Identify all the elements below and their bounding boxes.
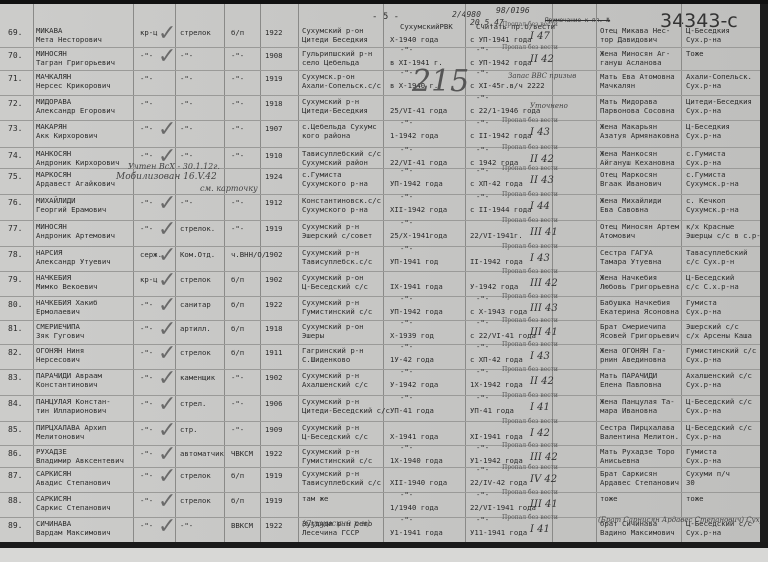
checkmark-icon: ✓ <box>158 319 176 341</box>
surname-cell: ПИРЦХАЛАВА Архип <box>36 423 106 432</box>
rank-cell: -"- <box>140 74 153 83</box>
address-cell: с/с С.х.р-на <box>686 282 739 291</box>
table-row: 87.САРКИСЯНАвадис Степанович-"-стрелокб/… <box>0 467 760 493</box>
surname-cell: МАРКОСЯН <box>36 170 71 179</box>
roman-numeral-mark: I 41 <box>530 524 550 535</box>
relative-cell: Азатуя Армянаковна <box>600 131 679 140</box>
missing-since-cell: с XП-42 года <box>470 355 523 364</box>
draft-info-cell: 1-1942 года <box>390 131 438 140</box>
given-name-cell: Авадис Степанович <box>36 478 111 487</box>
address-cell: Гумиста <box>686 447 717 456</box>
birthplace-cell: Сухумский р-н <box>302 469 359 478</box>
relative-cell: Атомович <box>600 231 635 240</box>
draft-info-cell: 25/X-1941года <box>390 231 447 240</box>
table-row: 83.ПАРАЧИДИ АвраамКонстантинович-"-камен… <box>0 369 760 396</box>
birthplace-cell: Сухумский р-он <box>302 273 364 282</box>
rank-cell: -"- <box>140 471 153 480</box>
draft-info-cell: УП-1942 года <box>390 179 443 188</box>
given-name-cell: тин Илларионович <box>36 406 106 415</box>
surname-cell: МАКАРЯН <box>36 122 67 131</box>
birth-year-cell: 1907 <box>265 124 283 133</box>
missing-in-action-label: Пропал без вести <box>502 317 558 324</box>
birthplace-cell: с.Цебельда Сухумс <box>302 122 377 131</box>
surname-cell: НАЧКЕБИЯ Хакиб <box>36 298 98 307</box>
relative-cell: Вадино Максимович <box>600 528 675 537</box>
position-cell: стрелок <box>180 348 211 357</box>
birthplace-cell: Ахали-Сопельск.с/с <box>302 81 381 90</box>
table-row: 85.ПИРЦХАЛАВА АрхипМелитонович-"-стр.-"-… <box>0 421 760 446</box>
address-cell: Сух.р-на <box>686 355 721 364</box>
draft-info-cell: -"- <box>400 218 413 227</box>
rank-cell: -"- <box>140 521 153 530</box>
address-cell: Ц-Беседкия <box>686 26 730 35</box>
birthplace-cell: Тависуплебский с/с <box>302 149 381 158</box>
handwritten-note-row88: (Брат Сарнисян Ардавес Степанович) Сухум… <box>598 516 760 524</box>
unit-cell: б/п <box>231 496 244 505</box>
birthplace-cell: Эшеры <box>302 331 324 340</box>
given-name-cell: Нерсес Крикорович <box>36 81 111 90</box>
missing-since-cell: -"- <box>476 68 489 77</box>
birthplace-cell: Цитеди Беседкия <box>302 35 368 44</box>
relative-cell: Сестра Пирцхалава <box>600 423 675 432</box>
checkmark-icon: ✓ <box>158 444 176 466</box>
rank-cell: -"- <box>140 348 153 357</box>
position-cell: -"- <box>180 198 193 207</box>
checkmark-icon: ✓ <box>158 23 176 45</box>
birthplace-cell: Ц-Беседский с/с <box>302 282 368 291</box>
relative-cell: Отец Маркосян <box>600 170 657 179</box>
table-row: 81.СМЕРИЕЧИПАЗяк Гугович-"-артилл.б/п191… <box>0 320 760 345</box>
draft-info-cell: -"- <box>400 45 413 54</box>
birthplace-cell: Гумистинский с/с <box>302 456 372 465</box>
address-cell: Сух.р-на <box>686 456 721 465</box>
unit-cell: б/п <box>231 28 244 37</box>
address-cell: с/с Сух.р-н <box>686 257 734 266</box>
address-cell: тоже <box>686 494 704 503</box>
address-cell: Ахалшенский с/с <box>686 371 752 380</box>
row-number-cell: 82. <box>8 348 22 357</box>
draft-info-cell: УП-1941 год <box>390 257 438 266</box>
position-cell: стрелок <box>180 275 211 284</box>
relative-cell: Айгануш Кехановна <box>600 158 675 167</box>
relative-cell: Жена Начкебия <box>600 273 657 282</box>
birthplace-cell: Цитеди-Беседский с/с <box>302 406 390 415</box>
rank-cell: -"- <box>140 399 153 408</box>
birthplace-cell: Сухумский р-н <box>302 298 359 307</box>
address-cell: Сух.р-на <box>686 81 721 90</box>
missing-since-cell: с УП-1942 года <box>470 58 532 67</box>
given-name-cell: Мелитонович <box>36 432 84 441</box>
missing-in-action-label: Пропал без вести <box>502 117 558 124</box>
row-number-cell: 86. <box>8 449 22 458</box>
address-cell: Сух.р-на <box>686 528 721 537</box>
draft-info-cell: У-1942 года <box>390 380 438 389</box>
rank-cell: -"- <box>140 151 153 160</box>
relative-cell: Жена Манкосян <box>600 149 657 158</box>
missing-in-action-label: Пропал без вести <box>502 392 558 399</box>
address-cell: Сух.р-на <box>686 106 721 115</box>
missing-in-action-label: Пропал без вести <box>502 21 558 28</box>
position-cell: -"- <box>180 521 193 530</box>
unit-cell: -"- <box>231 151 244 160</box>
row-number-cell: 84. <box>8 399 22 408</box>
birthplace-cell: Сухумский р-он <box>302 322 364 331</box>
relative-cell: Мать ПАРАЧИДИ <box>600 371 657 380</box>
page-number: - 5 - <box>372 12 399 22</box>
relative-cell: Жена Макарьян <box>600 122 657 131</box>
draft-info-cell: -"- <box>400 118 413 127</box>
address-cell: Сух.р-на <box>686 380 721 389</box>
roman-numeral-mark: III 41 <box>530 227 558 238</box>
birthplace-cell: Гумистинский с/с <box>302 307 372 316</box>
row-number-cell: 77. <box>8 224 22 233</box>
missing-since-cell: -"- <box>476 192 489 201</box>
surname-cell: МИХАЙЛИДИ <box>36 196 76 205</box>
draft-info-cell: УП-1942 года <box>390 307 443 316</box>
table-row: 73.МАКАРЯНАкк Кирхорович-"--"--"-1907с.Ц… <box>0 120 760 148</box>
missing-in-action-label: Пропал без вести <box>502 191 558 198</box>
draft-info-cell: XII-1940 года <box>390 478 447 487</box>
surname-cell: РУХАДЗЕ <box>36 447 67 456</box>
relative-cell: Екатерина Ясоновна <box>600 307 679 316</box>
archive-reference-tertiary: 98/0196 <box>496 6 530 15</box>
row-number-cell: 78. <box>8 250 22 259</box>
relative-cell: Жена Михайлиди <box>600 196 662 205</box>
birth-year-cell: 1911 <box>265 348 283 357</box>
relative-cell: Мать Рухадзе Торо <box>600 447 675 456</box>
given-name-cell: Владимир Авксентевич <box>36 456 124 465</box>
birthplace-cell: там же <box>302 494 328 503</box>
relative-cell: Мать Ева Атомовна <box>600 72 675 81</box>
draft-info-cell: -"- <box>400 393 413 402</box>
given-name-cell: Зяк Гугович <box>36 331 84 340</box>
surname-cell: МИНОСЯН <box>36 222 67 231</box>
table-row: 71.МАЧКАЛЯННерсес Крикорович-"--"--"-191… <box>0 70 760 96</box>
birth-year-cell: 1924 <box>265 172 283 181</box>
position-cell: стрел. <box>180 399 206 408</box>
rank-cell: -"- <box>140 324 153 333</box>
missing-since-cell: -"- <box>476 145 489 154</box>
position-cell: Ком.Отд. <box>180 250 215 259</box>
birthplace-cell: Сухумского р-на <box>302 179 368 188</box>
position-cell: стрелок <box>180 28 211 37</box>
surname-cell: СМЕРИЕЧИПА <box>36 322 80 331</box>
missing-in-action-label: Пропал без вести <box>502 418 558 425</box>
checkmark-icon: ✓ <box>158 295 176 317</box>
position-cell: стрелок <box>180 471 211 480</box>
address-cell: Сух.р-на <box>686 432 721 441</box>
unit-cell: -"- <box>231 224 244 233</box>
rank-cell: кр-ц <box>140 275 158 284</box>
given-name-cell: Андроник Кирхорович <box>36 158 119 167</box>
document-page: - 5 - 2/4980 20.5.47 98/0196 Примечание … <box>0 4 760 542</box>
draft-info-cell: У1-1941 года <box>390 528 443 537</box>
row-number-cell: 83. <box>8 373 22 382</box>
roman-numeral-mark: I 47 <box>530 31 550 42</box>
unit-cell: б/п <box>231 348 244 357</box>
unit-cell: -"- <box>231 373 244 382</box>
birth-year-cell: 1922 <box>265 300 283 309</box>
relative-cell: тоже <box>600 494 618 503</box>
roman-numeral-mark: III 42 <box>530 452 558 463</box>
relative-cell: Мать Мидорава <box>600 97 657 106</box>
birthplace-cell: Эшерский с/совет <box>302 231 372 240</box>
checkmark-icon: ✓ <box>158 466 176 488</box>
unit-cell: ЧВКСМ <box>231 449 253 458</box>
table-row: 72.МИДОРАВААлександр Егорович-"--"--"-19… <box>0 95 760 121</box>
roman-numeral-mark: I 41 <box>530 402 550 413</box>
address-cell: к/х Красные <box>686 222 734 231</box>
address-cell: Сухумск.р-на <box>686 179 739 188</box>
missing-since-cell: -"- <box>476 443 489 452</box>
birth-year-cell: 1922 <box>265 28 283 37</box>
birth-year-cell: 1902 <box>265 373 283 382</box>
table-row: 82.ОГОНЯН НиняНерсесович-"-стрелокб/п191… <box>0 344 760 370</box>
unit-cell: ВВКСМ <box>231 521 253 530</box>
missing-since-cell: У11-1941 года <box>470 528 527 537</box>
given-name-cell: Тагран Григорьевич <box>36 58 115 67</box>
rank-cell: кр-ц <box>140 28 158 37</box>
table-row: 74.МАНКОСЯНАндроник Кирхорович-"--"--"-1… <box>0 147 760 169</box>
unit-cell: -"- <box>231 99 244 108</box>
missing-in-action-label: Пропал без вести <box>502 268 558 275</box>
draft-info-cell: 1У-42 года <box>390 355 434 364</box>
given-name-cell: Константинович <box>36 380 98 389</box>
missing-in-action-label: Пропал без вести <box>502 489 558 496</box>
address-cell: с.Гумиста <box>686 149 726 158</box>
birthplace-cell: Ц-Беседский с/с <box>302 432 368 441</box>
position-cell: каменщик <box>180 373 215 382</box>
rank-cell: -"- <box>140 373 153 382</box>
roman-numeral-mark: II 43 <box>530 175 554 186</box>
table-row: 70.МИНОСЯНТагран Григорьевич-"--"--"-190… <box>0 47 760 71</box>
birth-year-cell: 1908 <box>265 51 283 60</box>
draft-info-cell: -"- <box>400 342 413 351</box>
birth-year-cell: 1922 <box>265 521 283 530</box>
checkmark-icon: ✓ <box>158 270 176 292</box>
missing-since-cell: -"- <box>476 367 489 376</box>
missing-since-cell: с XП-42 года <box>470 179 523 188</box>
address-cell: с/х Арсены Каша <box>686 331 752 340</box>
birthplace-cell: Сухумский р-н <box>302 97 359 106</box>
address-cell: Цитеди-Беседкия <box>686 97 752 106</box>
table-row: 77.МИНОСЯНАндроник Артемович-"-стрелок.-… <box>0 220 760 247</box>
checkmark-icon: ✓ <box>158 516 176 538</box>
relative-cell: Жена ОГОНЯН Га- <box>600 346 666 355</box>
table-row: 88.САРКИСЯНСаркис Степанович-"-стрелокб/… <box>0 492 760 518</box>
address-cell: 30 <box>686 478 695 487</box>
draft-info-cell: -"- <box>400 515 413 524</box>
missing-since-cell: 1X-1942 года <box>470 380 523 389</box>
missing-in-action-label: Пропал без вести <box>502 44 558 51</box>
address-cell: Гумистинский с/с <box>686 346 756 355</box>
address-cell: Сухумск.р-на <box>686 205 739 214</box>
unit-cell: б/п <box>231 324 244 333</box>
roman-numeral-mark: III 43 <box>530 303 558 314</box>
address-cell: Тавасуплебский <box>686 248 748 257</box>
roman-numeral-mark: I 44 <box>530 201 550 212</box>
missing-since-cell: -"- <box>476 45 489 54</box>
row-number-cell: 75. <box>8 172 22 181</box>
birth-year-cell: 1919 <box>265 74 283 83</box>
roman-numeral-mark: I 43 <box>530 253 550 264</box>
row-number-cell: 73. <box>8 124 22 133</box>
draft-info-cell: -"- <box>400 145 413 154</box>
given-name-cell: Саркис Степанович <box>36 503 111 512</box>
roman-numeral-mark: II 42 <box>530 154 554 165</box>
relative-cell: Жена Панцулая Та- <box>600 397 675 406</box>
unit-cell: -"- <box>231 198 244 207</box>
birth-year-cell: 1922 <box>265 449 283 458</box>
address-cell: Тоже <box>686 49 704 58</box>
given-name-cell: Мимко Векоевич <box>36 282 98 291</box>
checkmark-icon: ✓ <box>158 119 176 141</box>
missing-since-cell: -"- <box>476 294 489 303</box>
checkmark-icon: ✓ <box>158 343 176 365</box>
given-name-cell: Мета Несторович <box>36 35 102 44</box>
surname-cell: САРКИСЯН <box>36 469 71 478</box>
row-number-cell: 70. <box>8 51 22 60</box>
handwritten-note-row72: Уточнено <box>530 102 568 110</box>
address-cell: с.Гумиста <box>686 170 726 179</box>
birthplace-cell: Сухумский р-н <box>302 222 359 231</box>
given-name-cell: Александр Утуевич <box>36 257 111 266</box>
roman-numeral-mark: IV 42 <box>530 474 557 485</box>
draft-info-cell: -"- <box>400 192 413 201</box>
surname-cell: НАЧКЕБИЯ <box>36 273 71 282</box>
handwritten-note-row75: см. карточку <box>200 184 258 193</box>
checkmark-icon: ✓ <box>158 491 176 513</box>
relative-cell: Валентина Мелитон. <box>600 432 679 441</box>
row-number-cell: 88. <box>8 496 22 505</box>
unit-cell: б/п <box>231 300 244 309</box>
birth-year-cell: 1902 <box>265 275 283 284</box>
relative-cell: рнин Авединовна <box>600 355 666 364</box>
given-name-cell: Александр Егорович <box>36 106 115 115</box>
birthplace-cell: Гульрипшский р-н <box>302 49 372 58</box>
birth-year-cell: 1919 <box>265 224 283 233</box>
row-number-cell: 71. <box>8 74 22 83</box>
address-cell: Ц-Беседский с/с <box>686 423 752 432</box>
rank-cell: -"- <box>140 224 153 233</box>
rank-cell: -"- <box>140 496 153 505</box>
relative-cell: Брат Смериечипа <box>600 322 666 331</box>
checkmark-icon: ✓ <box>158 394 176 416</box>
relative-cell: Ева Савовна <box>600 205 648 214</box>
relative-cell: Жена Миносян Аг- <box>600 49 670 58</box>
birth-year-cell: 1912 <box>265 198 283 207</box>
table-row: 76.МИХАЙЛИДИГеоргий Ерамович-"--"--"-191… <box>0 194 760 221</box>
draft-info-cell: Х-1940 года <box>390 35 438 44</box>
surname-cell: МИДОРАВА <box>36 97 71 106</box>
missing-in-action-label: Пропал без вести <box>502 293 558 300</box>
birth-year-cell: 1902 <box>265 250 283 259</box>
missing-in-action-label: Пропал без вести <box>502 341 558 348</box>
address-cell: Эшерцы с/с в с.р-на <box>686 231 760 240</box>
handwritten-scribble: 215 <box>412 64 469 99</box>
relative-cell: Любовь Григорьевна <box>600 282 679 291</box>
birthplace-cell: Сухумский р-н <box>302 423 359 432</box>
draft-info-cell: X-1939 год <box>390 331 434 340</box>
birthplace-cell: С.Шиденково <box>302 355 350 364</box>
draft-info-cell: -"- <box>400 318 413 327</box>
rank-cell: -"- <box>140 425 153 434</box>
scan-bottom-edge <box>0 542 768 562</box>
given-name-cell: Вардам Максимович <box>36 528 111 537</box>
position-cell: стрелок <box>180 496 211 505</box>
address-cell: Сух.р-на <box>686 35 721 44</box>
birthplace-cell: Сухумский р-н <box>302 371 359 380</box>
table-row: 75.МАРКОСЯНАрдавест Агайкович1924с.Гумис… <box>0 168 760 195</box>
birthplace-cell: Сухумский р-н <box>302 248 359 257</box>
surname-cell: ПАРАЧИДИ Авраам <box>36 371 102 380</box>
address-cell: Ц-Беседский <box>686 273 734 282</box>
birth-year-cell: 1919 <box>265 471 283 480</box>
draft-info-cell: 1X-1940 года <box>390 456 443 465</box>
position-cell: стр. <box>180 425 198 434</box>
checkmark-icon: ✓ <box>158 46 176 68</box>
surname-cell: МАЧКАЛЯН <box>36 72 71 81</box>
table-row: 79.НАЧКЕБИЯМимко Векоевичкр-цстрелокб/п1… <box>0 271 760 297</box>
table-row: 78.НАРСИЯАлександр Утуевичсерж.Ком.Отд.ч… <box>0 246 760 272</box>
handwritten-note-row75: Учтен ВсХ - 30.1.12г. <box>128 162 220 171</box>
relative-cell: Сестра ГАГУА <box>600 248 653 257</box>
missing-since-cell: с II-1944 года <box>470 205 532 214</box>
missing-since-cell: II-1942 года <box>470 257 523 266</box>
relative-cell: Отец Миносян Артем <box>600 222 679 231</box>
missing-since-cell: 22/IV-42 года <box>470 478 527 487</box>
roman-numeral-mark: II 42 <box>530 376 554 387</box>
relative-cell: Мачкалян <box>600 81 635 90</box>
birthplace-cell: Цитеди-Беседкия <box>302 106 368 115</box>
birthplace-cell: Сухумский р-он <box>302 26 364 35</box>
birthplace-cell: Сухумский р-н <box>302 397 359 406</box>
table-row: 80.НАЧКЕБИЯ ХакибЕрмолаевич-"-санитарб/п… <box>0 296 760 321</box>
relative-cell: гануш Асланова <box>600 58 662 67</box>
birthplace-cell: Сухумский район <box>302 158 368 167</box>
surname-cell: МИНОСЯН <box>36 49 67 58</box>
draft-info-cell: X-1941 года <box>390 432 438 441</box>
unit-cell: -"- <box>231 51 244 60</box>
relative-cell: Вгаак Иванович <box>600 179 662 188</box>
draft-info-cell: -"- <box>400 367 413 376</box>
missing-since-cell: с УП-1941 года <box>470 35 532 44</box>
draft-info-cell: -"- <box>400 244 413 253</box>
missing-since-cell: -"- <box>476 166 489 175</box>
missing-in-action-label: Пропал без вести <box>502 144 558 151</box>
draft-info-cell: IX-1941 года <box>390 282 443 291</box>
row-number-cell: 72. <box>8 99 22 108</box>
missing-since-cell: XI-1941 года <box>470 432 523 441</box>
missing-since-cell: -"- <box>476 393 489 402</box>
missing-since-cell: с 22/VI-41 года <box>470 331 536 340</box>
missing-since-cell: -"- <box>476 118 489 127</box>
birth-year-cell: 1918 <box>265 324 283 333</box>
roman-numeral-mark: III 41 <box>530 327 558 338</box>
unit-cell: -"- <box>231 425 244 434</box>
address-cell: Сух.р-на <box>686 131 721 140</box>
surname-cell: СИЧИНАВА <box>36 519 71 528</box>
address-cell: Эшерский с/с <box>686 322 739 331</box>
position-cell: санитар <box>180 300 211 309</box>
draft-info-cell: -"- <box>400 294 413 303</box>
missing-since-cell: -"- <box>476 465 489 474</box>
rank-cell: -"- <box>140 198 153 207</box>
draft-info-cell: 22/VI-41 года <box>390 158 447 167</box>
row-number-cell: 87. <box>8 471 22 480</box>
address-cell: Ахали-Сопельск. <box>686 72 752 81</box>
birthplace-cell: с.Гумиста <box>302 170 342 179</box>
